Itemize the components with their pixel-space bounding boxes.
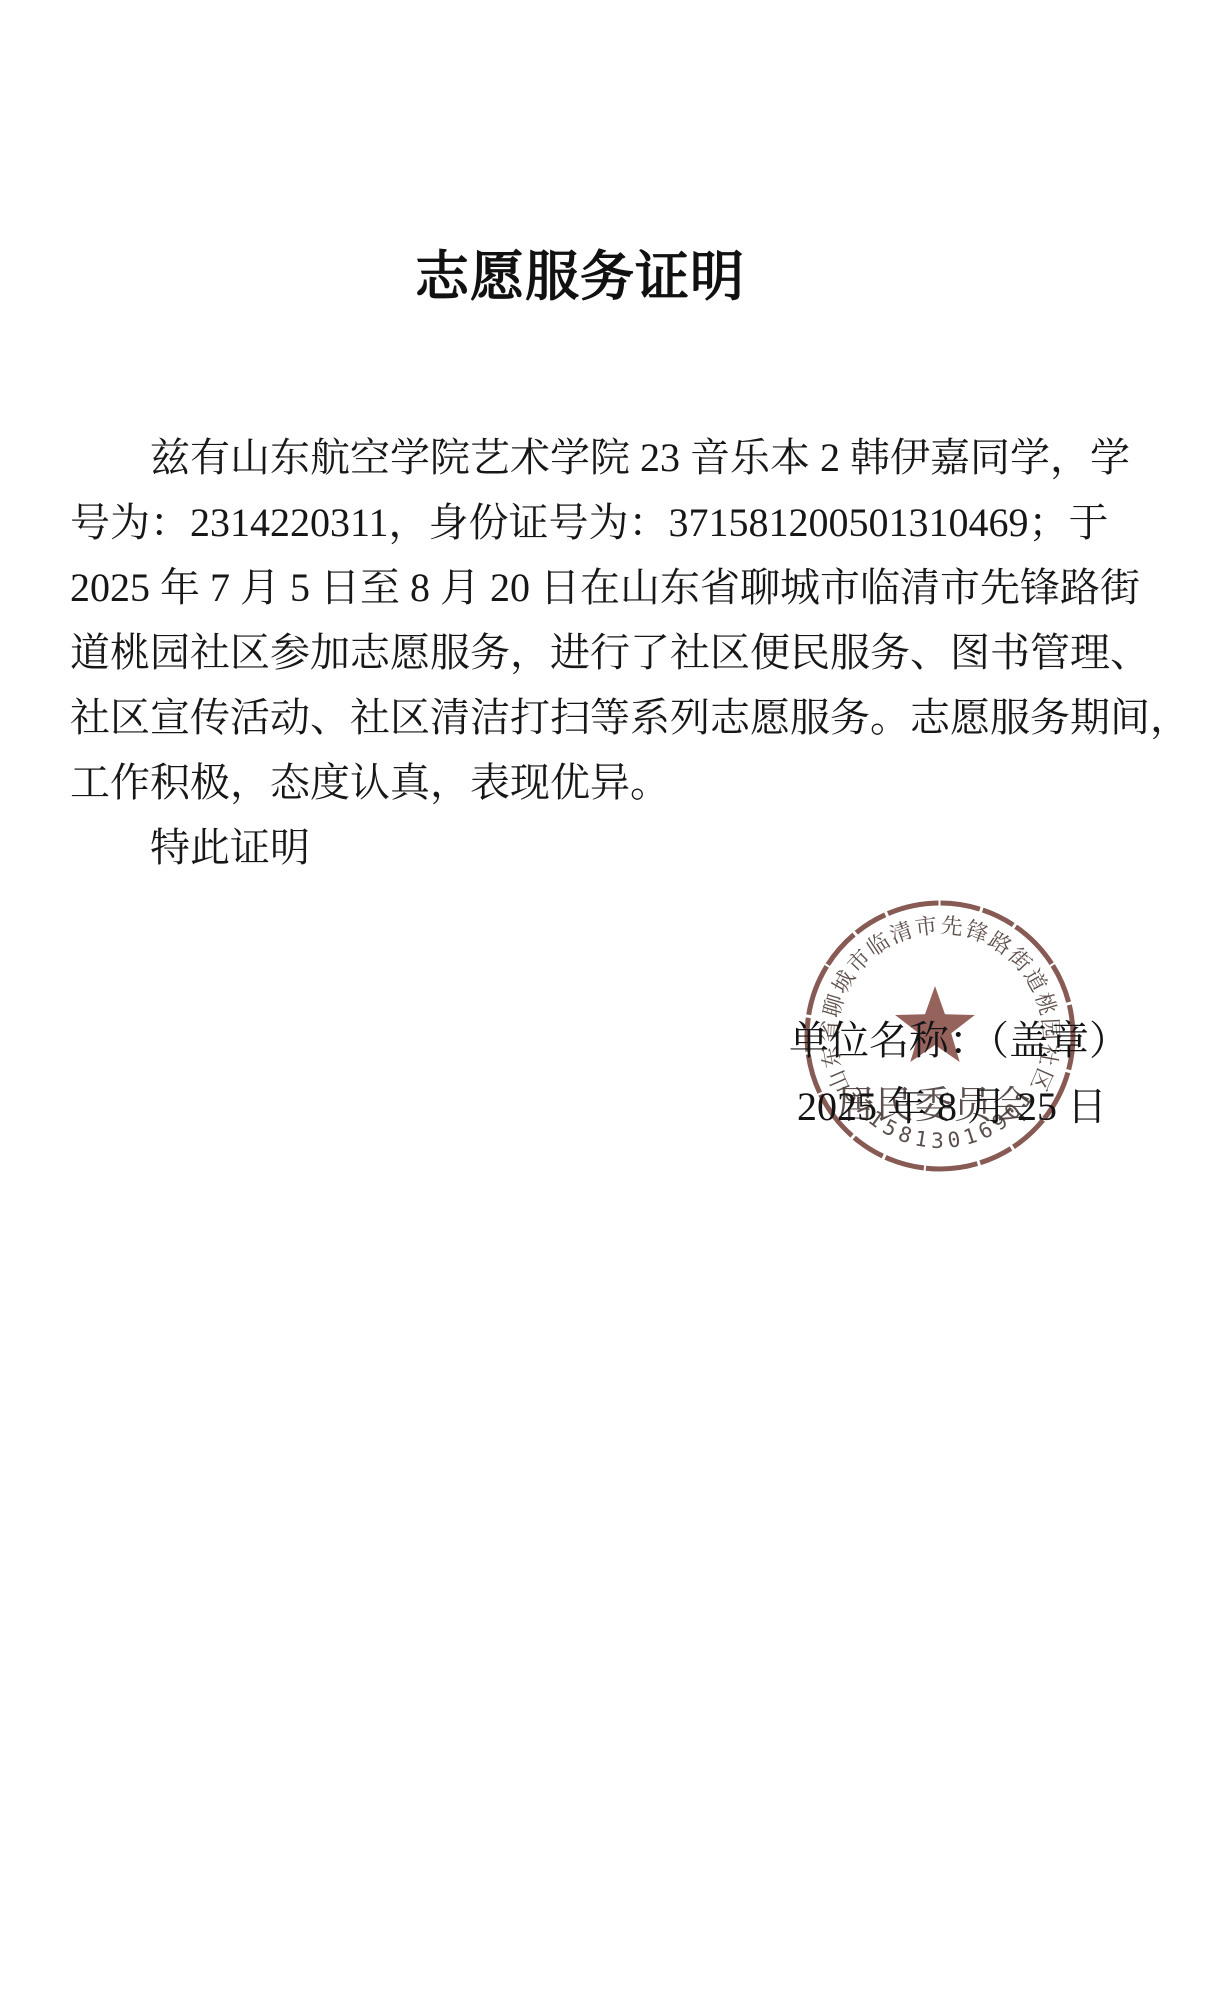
body-line: 号为：2314220311，身份证号为：371581200501310469；于 (70, 490, 1110, 555)
certificate-page: 志愿服务证明 兹有山东航空学院艺术学院 23 音乐本 2 韩伊嘉同学，学 号为：… (0, 0, 1205, 2009)
body-line: 道桃园社区参加志愿服务，进行了社区便民服务、图书管理、 (70, 620, 1110, 685)
body-line: 社区宣传活动、社区清洁打扫等系列志愿服务。志愿服务期间， (70, 685, 1110, 750)
body-line: 2025 年 7 月 5 日至 8 月 20 日在山东省聊城市临清市先锋路街 (70, 555, 1110, 620)
signature-unit-label: 单位名称：（盖章） (789, 1019, 1129, 1063)
closing-line: 特此证明 (150, 815, 310, 880)
body-paragraph: 兹有山东航空学院艺术学院 23 音乐本 2 韩伊嘉同学，学 号为：2314220… (70, 425, 1110, 815)
signature-date: 2025 年 8 月 25 日 (797, 1085, 1107, 1129)
page-title: 志愿服务证明 (0, 248, 1160, 307)
body-line: 兹有山东航空学院艺术学院 23 音乐本 2 韩伊嘉同学，学 (70, 425, 1110, 490)
body-line: 工作积极，态度认真，表现优异。 (70, 750, 1110, 815)
